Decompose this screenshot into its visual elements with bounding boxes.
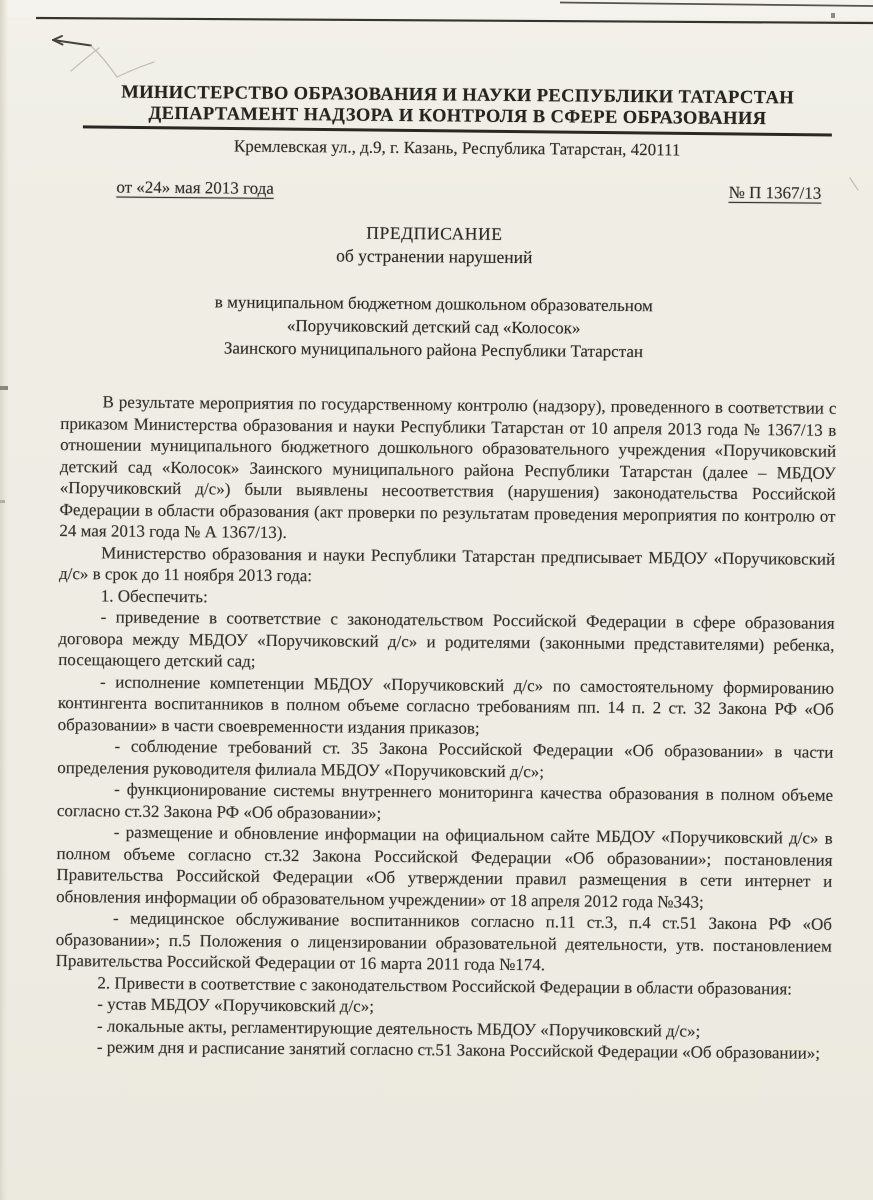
scanned-document-page: { "letterhead": { "line1": "МИНИСТЕРСТВО…	[0, 0, 873, 1200]
list-item: - исполнение компетенции МБДОУ «Поручико…	[58, 671, 835, 742]
list-item: - размещение и обновление информации на …	[56, 821, 833, 914]
list-item: - приведение в соответствие с законодате…	[58, 606, 835, 677]
list-item: - функционирование системы внутреннего м…	[57, 778, 833, 828]
paragraph: Министерство образования и науки Республ…	[59, 542, 835, 592]
paragraph: В результате мероприятия по государствен…	[59, 391, 836, 548]
document-body: В результате мероприятия по государствен…	[0, 390, 870, 1064]
date-number-row: от «24» мая 2013 года № П 1367/13	[0, 176, 871, 206]
scan-paper-background: МИНИСТЕРСТВО ОБРАЗОВАНИЯ И НАУКИ РЕСПУБЛ…	[0, 0, 873, 1200]
document-content: МИНИСТЕРСТВО ОБРАЗОВАНИЯ И НАУКИ РЕСПУБЛ…	[0, 0, 873, 1065]
list-item: - медицинское обслуживание воспитанников…	[56, 907, 833, 978]
document-title-block: ПРЕДПИСАНИЕ об устранении нарушений	[0, 218, 871, 272]
document-date: от «24» мая 2013 года	[116, 177, 274, 198]
letterhead-address: Кремлевская ул., д.9, г. Казань, Республ…	[63, 135, 852, 162]
document-number: № П 1367/13	[729, 183, 822, 204]
organization-block: в муниципальном бюджетном дошкольном обр…	[0, 288, 870, 365]
letterhead: МИНИСТЕРСТВО ОБРАЗОВАНИЯ И НАУКИ РЕСПУБЛ…	[63, 82, 853, 162]
list-item: - соблюдение требований ст. 35 Закона Ро…	[57, 735, 833, 785]
